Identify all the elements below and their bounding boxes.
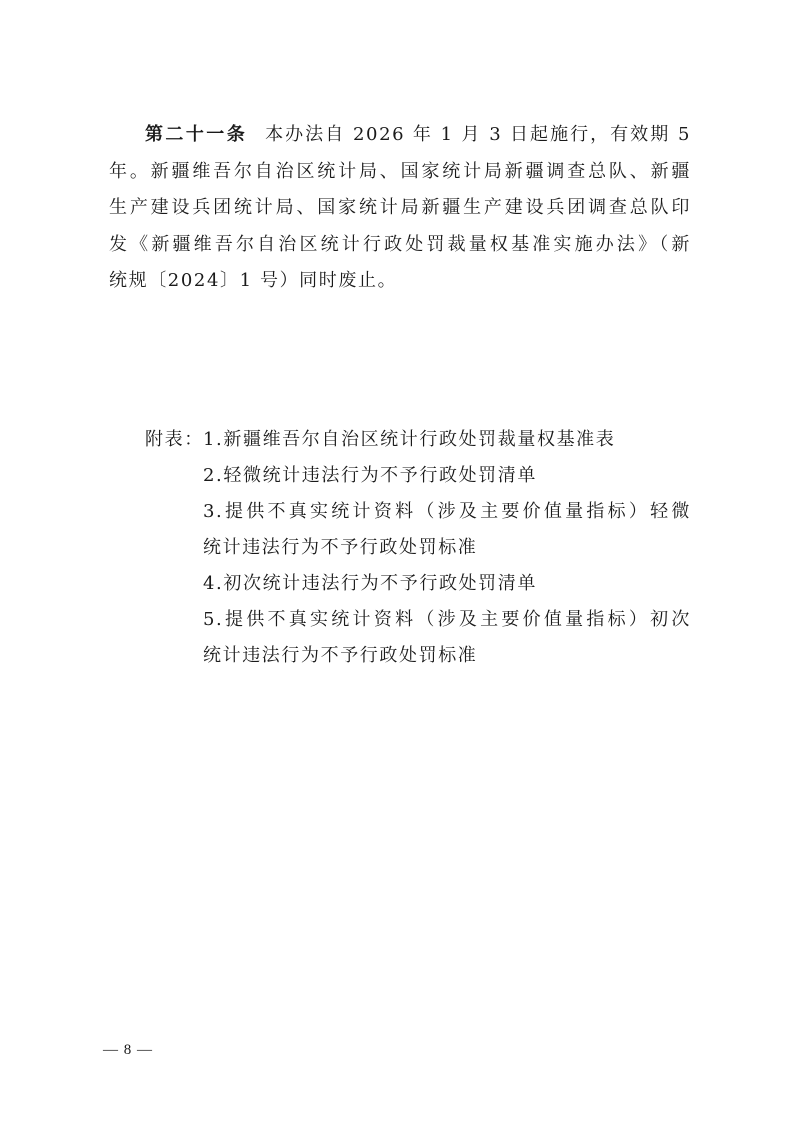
attachment-5-line-1: 5.提供不真实统计资料（涉及主要价值量指标）初次	[203, 602, 691, 638]
page-number: — 8 —	[103, 1042, 153, 1059]
attachment-item-3: 3.提供不真实统计资料（涉及主要价值量指标）轻微 统计违法行为不予行政处罚标准	[203, 494, 691, 566]
attachment-4-line-1: 4.初次统计违法行为不予行政处罚清单	[203, 566, 691, 602]
article-line-4: 发《新疆维吾尔自治区统计行政处罚裁量权基准实施办法》（新	[109, 227, 691, 264]
attachment-item-1: 附表： 1.新疆维吾尔自治区统计行政处罚裁量权基准表	[145, 422, 691, 458]
attachment-2-line-1: 2.轻微统计违法行为不予行政处罚清单	[203, 458, 691, 494]
document-page: 第二十一条本办法自 2026 年 1 月 3 日起施行，有效期 5 年。新疆维吾…	[0, 0, 793, 1122]
article-label: 第二十一条	[145, 124, 247, 145]
attachments-prefix: 附表：	[145, 422, 203, 458]
article-line-2: 年。新疆维吾尔自治区统计局、国家统计局新疆调查总队、新疆	[109, 154, 691, 191]
attachment-item-4: 4.初次统计违法行为不予行政处罚清单	[203, 566, 691, 602]
article-21: 第二十一条本办法自 2026 年 1 月 3 日起施行，有效期 5 年。新疆维吾…	[145, 117, 691, 300]
attachment-5-line-2: 统计违法行为不予行政处罚标准	[203, 638, 691, 674]
attachment-item-5: 5.提供不真实统计资料（涉及主要价值量指标）初次 统计违法行为不予行政处罚标准	[203, 602, 691, 674]
attachments-list: 附表： 1.新疆维吾尔自治区统计行政处罚裁量权基准表 2.轻微统计违法行为不予行…	[145, 422, 691, 674]
attachment-3-line-1: 3.提供不真实统计资料（涉及主要价值量指标）轻微	[203, 494, 691, 530]
attachment-item-2: 2.轻微统计违法行为不予行政处罚清单	[203, 458, 691, 494]
article-line-5: 统规〔2024〕1 号）同时废止。	[109, 263, 691, 300]
article-line-3: 生产建设兵团统计局、国家统计局新疆生产建设兵团调查总队印	[109, 190, 691, 227]
article-line-1: 第二十一条本办法自 2026 年 1 月 3 日起施行，有效期 5	[145, 117, 691, 154]
attachment-3-line-2: 统计违法行为不予行政处罚标准	[203, 530, 691, 566]
article-text-1: 本办法自 2026 年 1 月 3 日起施行，有效期 5	[265, 124, 691, 145]
attachment-1-line-1: 1.新疆维吾尔自治区统计行政处罚裁量权基准表	[203, 422, 615, 458]
